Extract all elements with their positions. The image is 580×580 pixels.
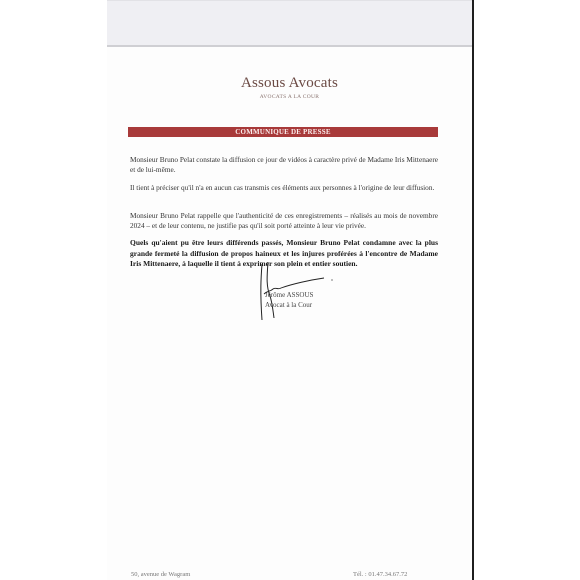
firm-subtitle: AVOCATS A LA COUR [107,94,472,100]
paragraph-1: Monsieur Bruno Pelat constate la diffusi… [130,155,438,176]
viewer-right-border [472,0,474,580]
handwritten-signature-icon [240,262,350,322]
firm-name: Assous Avocats [107,75,472,92]
paragraph-3: Monsieur Bruno Pelat rappelle que l'auth… [130,211,438,232]
paragraph-2: Il tient à préciser qu'il n'a en aucun c… [130,183,438,193]
footer-phone: Tél. : 01.47.34.67.72 [353,571,407,578]
footer-address: 50, avenue de Wagram [131,571,190,578]
press-release-banner: COMMUNIQUE DE PRESSE [128,127,438,137]
viewer-top-bar [107,0,472,47]
